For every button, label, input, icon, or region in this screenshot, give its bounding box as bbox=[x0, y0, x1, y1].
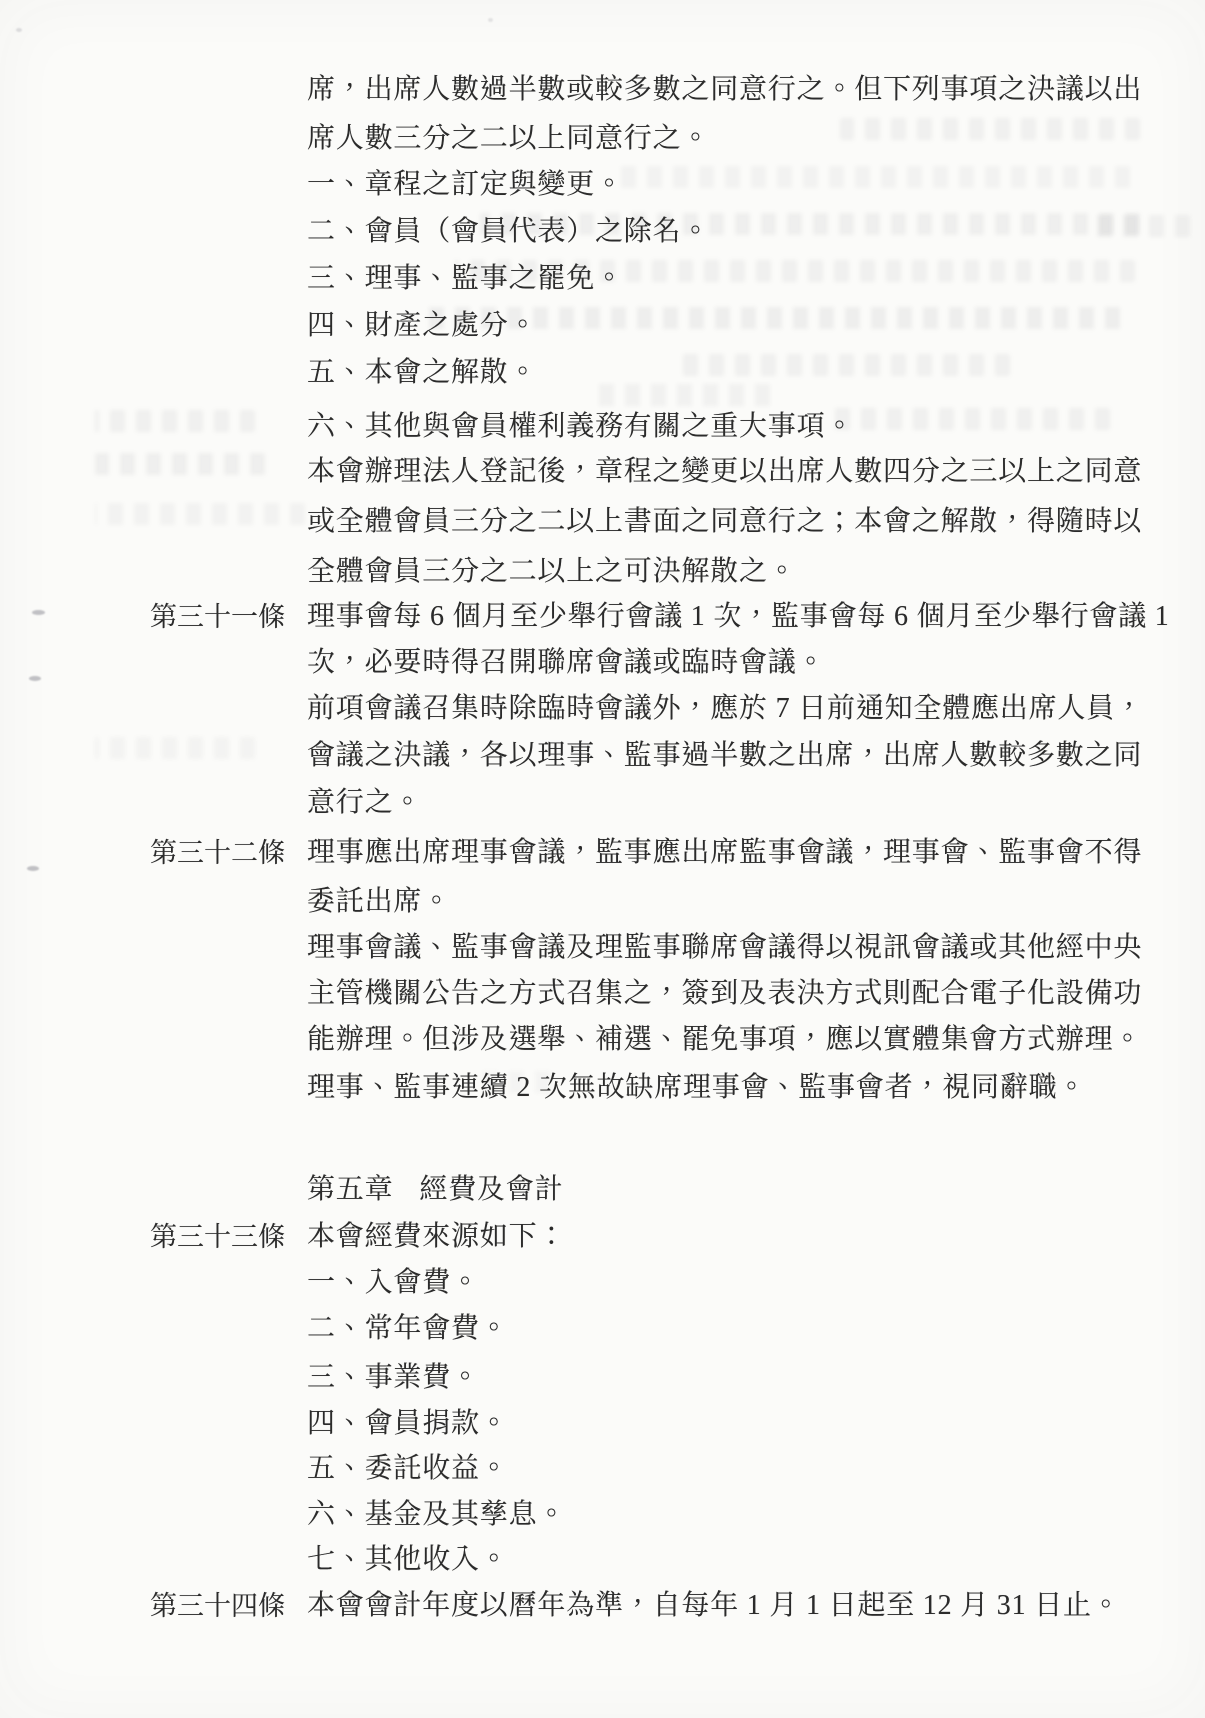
document-line: 主管機關公告之方式召集之，簽到及表決方式則配合電子化設備功 bbox=[307, 977, 1142, 1011]
scan-speck bbox=[32, 610, 45, 615]
document-line: 六、基金及其孳息。 bbox=[307, 1498, 566, 1532]
document-line: 一、章程之訂定與變更。 bbox=[307, 168, 624, 202]
document-line: 三、事業費。 bbox=[307, 1361, 480, 1395]
document-line: 全體會員三分之二以上之可決解散之。 bbox=[307, 555, 797, 589]
document-line: 會議之決議，各以理事、監事過半數之出席，出席人數較多數之同 bbox=[307, 739, 1142, 773]
article-number: 第三十四條 bbox=[150, 1589, 285, 1623]
document-line: 意行之。 bbox=[307, 786, 422, 820]
bleedthrough-row bbox=[620, 166, 1130, 188]
document-line: 理事、監事連續 2 次無故缺席理事會、監事會者，視同辭職。 bbox=[307, 1071, 1086, 1105]
article-number: 第三十二條 bbox=[150, 836, 285, 870]
document-line: 能辦理。但涉及選舉、補選、罷免事項，應以實體集會方式辦理。 bbox=[307, 1023, 1142, 1057]
document-line: 理事會議、監事會議及理監事聯席會議得以視訊會議或其他經中央 bbox=[307, 931, 1142, 965]
document-line: 五、委託收益。 bbox=[307, 1452, 509, 1486]
document-line: 前項會議召集時除臨時會議外，應於 7 日前通知全體應出席人員， bbox=[307, 692, 1144, 726]
document-line: 席，出席人數過半數或較多數之同意行之。但下列事項之決議以出 bbox=[307, 73, 1142, 107]
bleedthrough-row bbox=[590, 384, 770, 406]
document-line: 五、本會之解散。 bbox=[307, 356, 537, 390]
bleedthrough-row bbox=[830, 408, 1110, 430]
scan-speck bbox=[27, 866, 39, 871]
document-line: 三、理事、監事之罷免。 bbox=[307, 262, 624, 296]
document-line: 一、入會費。 bbox=[307, 1266, 480, 1300]
bleedthrough-row bbox=[95, 453, 265, 475]
document-line: 七、其他收入。 bbox=[307, 1543, 509, 1577]
bleedthrough-row bbox=[1090, 215, 1190, 237]
document-line: 理事會每 6 個月至少舉行會議 1 次，監事會每 6 個月至少舉行會議 1 bbox=[307, 600, 1170, 634]
bleedthrough-row bbox=[95, 737, 255, 759]
document-line: 委託出席。 bbox=[307, 885, 451, 919]
article-number: 第三十三條 bbox=[150, 1220, 285, 1254]
document-line: 二、常年會費。 bbox=[307, 1312, 509, 1346]
scan-speck bbox=[488, 18, 493, 22]
chapter-heading: 第五章經費及會計 bbox=[307, 1173, 563, 1207]
document-line: 席人數三分之二以上同意行之。 bbox=[307, 122, 710, 156]
document-line: 次，必要時得召開聯席會議或臨時會議。 bbox=[307, 646, 825, 680]
document-line: 理事應出席理事會議，監事應出席監事會議，理事會、監事會不得 bbox=[307, 836, 1142, 870]
article-number: 第三十一條 bbox=[150, 600, 285, 634]
chapter-number: 第五章 bbox=[307, 1174, 393, 1205]
document-line: 本會會計年度以曆年為準，自每年 1 月 1 日起至 12 月 31 日止。 bbox=[307, 1589, 1121, 1623]
scan-speck bbox=[29, 676, 41, 681]
bleedthrough-row bbox=[840, 118, 1140, 140]
document-line: 四、財產之處分。 bbox=[307, 309, 537, 343]
bleedthrough-row bbox=[95, 410, 255, 432]
scan-speck bbox=[16, 28, 22, 32]
bleedthrough-row bbox=[95, 503, 305, 525]
scanned-document-page: 席，出席人數過半數或較多數之同意行之。但下列事項之決議以出 席人數三分之二以上同… bbox=[0, 0, 1205, 1718]
document-line: 二、會員（會員代表）之除名。 bbox=[307, 215, 710, 249]
bleedthrough-row bbox=[680, 354, 1010, 376]
document-line: 六、其他與會員權利義務有關之重大事項。 bbox=[307, 410, 854, 444]
document-line: 本會經費來源如下： bbox=[307, 1220, 566, 1254]
document-line: 或全體會員三分之二以上書面之同意行之；本會之解散，得隨時以 bbox=[307, 505, 1142, 539]
document-line: 四、會員捐款。 bbox=[307, 1407, 509, 1441]
chapter-title: 經費及會計 bbox=[419, 1174, 563, 1205]
document-line: 本會辦理法人登記後，章程之變更以出席人數四分之三以上之同意 bbox=[307, 455, 1142, 489]
